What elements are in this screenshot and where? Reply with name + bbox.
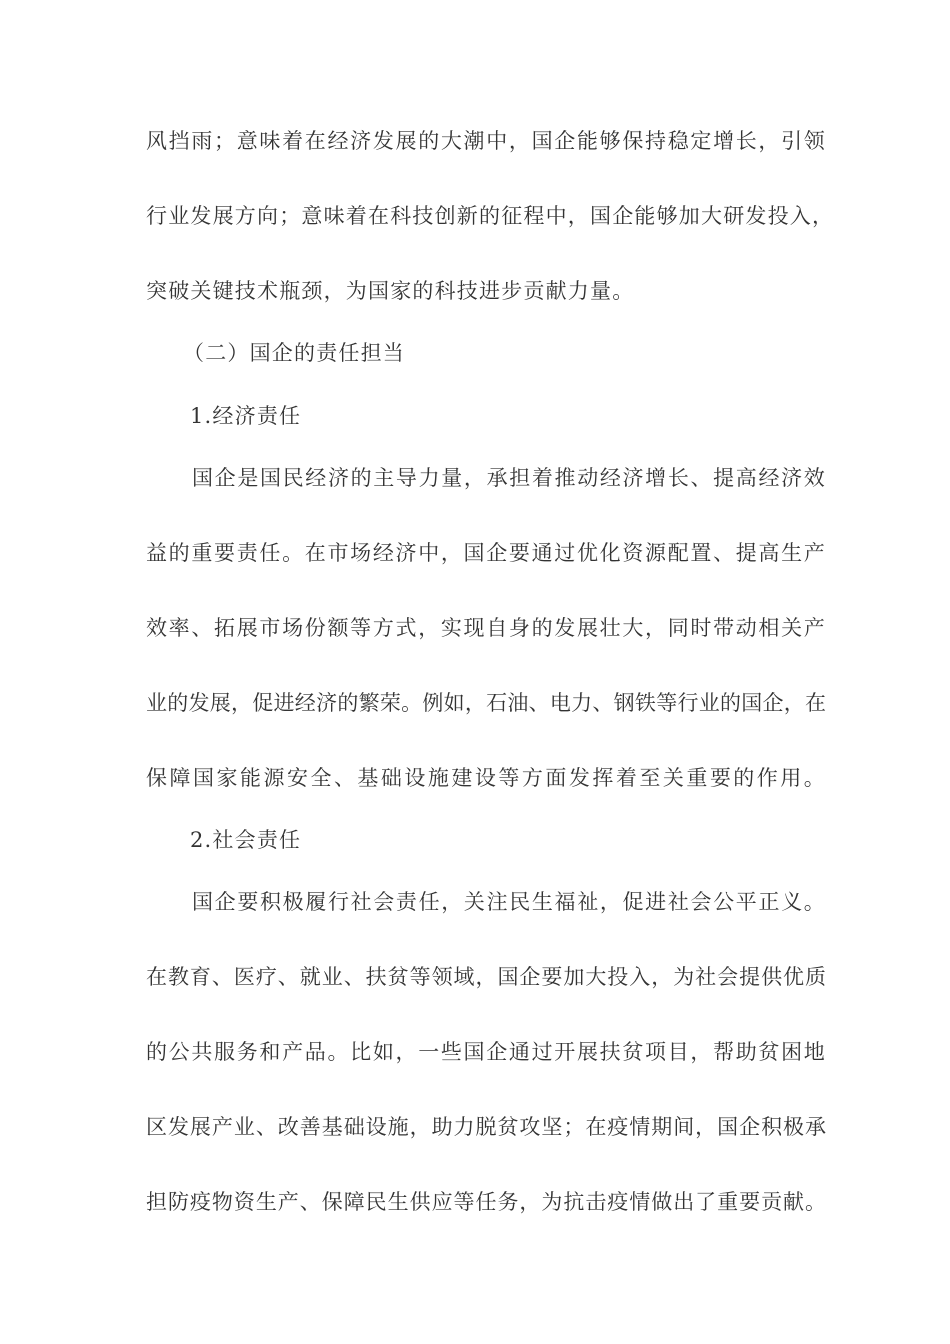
body-line-economic-2: 益的重要责任。在市场经济中，国企要通过优化资源配置、提高生产	[146, 540, 826, 566]
body-line-economic-1: 国企是国民经济的主导力量，承担着推动经济增长、提高经济效	[192, 465, 826, 491]
body-line-social-1: 国企要积极履行社会责任，关注民生福祉，促进社会公平正义。	[192, 889, 826, 915]
body-line-social-4: 区发展产业、改善基础设施，助力脱贫攻坚；在疫情期间，国企积极承	[146, 1114, 826, 1140]
document-page: 风挡雨；意味着在经济发展的大潮中，国企能够保持稳定增长，引领 行业发展方向；意味…	[0, 0, 950, 1344]
subheading-economic-responsibility: 1.经济责任	[190, 403, 870, 429]
body-line-social-3: 的公共服务和产品。比如，一些国企通过开展扶贫项目，帮助贫困地	[146, 1039, 826, 1065]
body-line-social-5: 担防疫物资生产、保障民生供应等任务，为抗击疫情做出了重要贡献。	[146, 1189, 826, 1215]
body-line-1: 风挡雨；意味着在经济发展的大潮中，国企能够保持稳定增长，引领	[146, 128, 826, 154]
body-line-3: 突破关键技术瓶颈，为国家的科技进步贡献力量。	[146, 278, 826, 304]
body-line-2: 行业发展方向；意味着在科技创新的征程中，国企能够加大研发投入，	[146, 203, 826, 229]
body-line-economic-3: 效率、拓展市场份额等方式，实现自身的发展壮大，同时带动相关产	[146, 615, 826, 641]
section-heading: （二）国企的责任担当	[183, 340, 863, 366]
body-line-social-2: 在教育、医疗、就业、扶贫等领域，国企要加大投入，为社会提供优质	[146, 964, 826, 990]
body-line-economic-5: 保障国家能源安全、基础设施建设等方面发挥着至关重要的作用。	[146, 765, 826, 791]
body-line-economic-4: 业的发展，促进经济的繁荣。例如，石油、电力、钢铁等行业的国企，在	[146, 690, 826, 716]
subheading-social-responsibility: 2.社会责任	[190, 827, 870, 853]
